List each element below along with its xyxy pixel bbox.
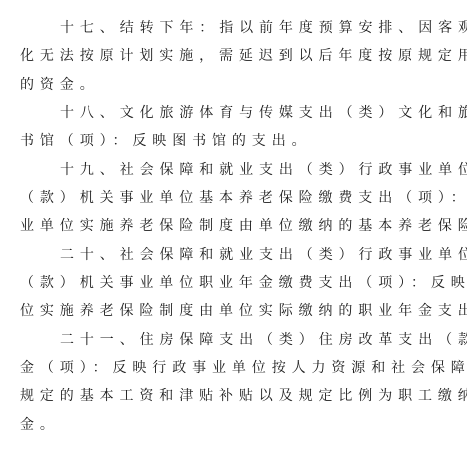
text-line: 二十一、住房保障支出（类）住房改革支出（款）住房公积 xyxy=(20,326,420,354)
text-line: 业单位实施养老保险制度由单位缴纳的基本养老保险费支出。 xyxy=(20,212,420,240)
paragraph-item-17: 十七、结转下年：指以前年度预算安排、因客观条件发生变 化无法按原计划实施，需延迟… xyxy=(20,14,420,99)
text-line: 十八、文化旅游体育与传媒支出（类）文化和旅游（款）图 xyxy=(20,99,420,127)
text-line: （款）机关事业单位职业年金缴费支出（项）：反映机关事业单 xyxy=(20,269,420,297)
document-body: 十七、结转下年：指以前年度预算安排、因客观条件发生变 化无法按原计划实施，需延迟… xyxy=(20,14,420,439)
text-line: 的资金。 xyxy=(20,71,420,99)
paragraph-item-19: 十九、社会保障和就业支出（类）行政事业单位养老支出 （款）机关事业单位基本养老保… xyxy=(20,156,420,241)
text-line: 十七、结转下年：指以前年度预算安排、因客观条件发生变 xyxy=(20,14,420,42)
text-line: 二十、社会保障和就业支出（类）行政事业单位养老支出 xyxy=(20,241,420,269)
text-line: （款）机关事业单位基本养老保险缴费支出（项）：反映机关事 xyxy=(20,184,420,212)
paragraph-item-20: 二十、社会保障和就业支出（类）行政事业单位养老支出 （款）机关事业单位职业年金缴… xyxy=(20,241,420,326)
paragraph-item-21: 二十一、住房保障支出（类）住房改革支出（款）住房公积 金（项）：反映行政事业单位… xyxy=(20,326,420,439)
paragraph-item-18: 十八、文化旅游体育与传媒支出（类）文化和旅游（款）图 书馆（项）：反映图书馆的支… xyxy=(20,99,420,156)
text-line: 位实施养老保险制度由单位实际缴纳的职业年金支出。 xyxy=(20,297,420,325)
text-line: 化无法按原计划实施，需延迟到以后年度按原规定用途继续使用 xyxy=(20,42,420,70)
text-line: 金。 xyxy=(20,411,420,439)
text-line: 规定的基本工资和津贴补贴以及规定比例为职工缴纳的住房公积 xyxy=(20,382,420,410)
text-line: 金（项）：反映行政事业单位按人力资源和社会保障部、财政部 xyxy=(20,354,420,382)
text-line: 十九、社会保障和就业支出（类）行政事业单位养老支出 xyxy=(20,156,420,184)
text-line: 书馆（项）：反映图书馆的支出。 xyxy=(20,127,420,155)
